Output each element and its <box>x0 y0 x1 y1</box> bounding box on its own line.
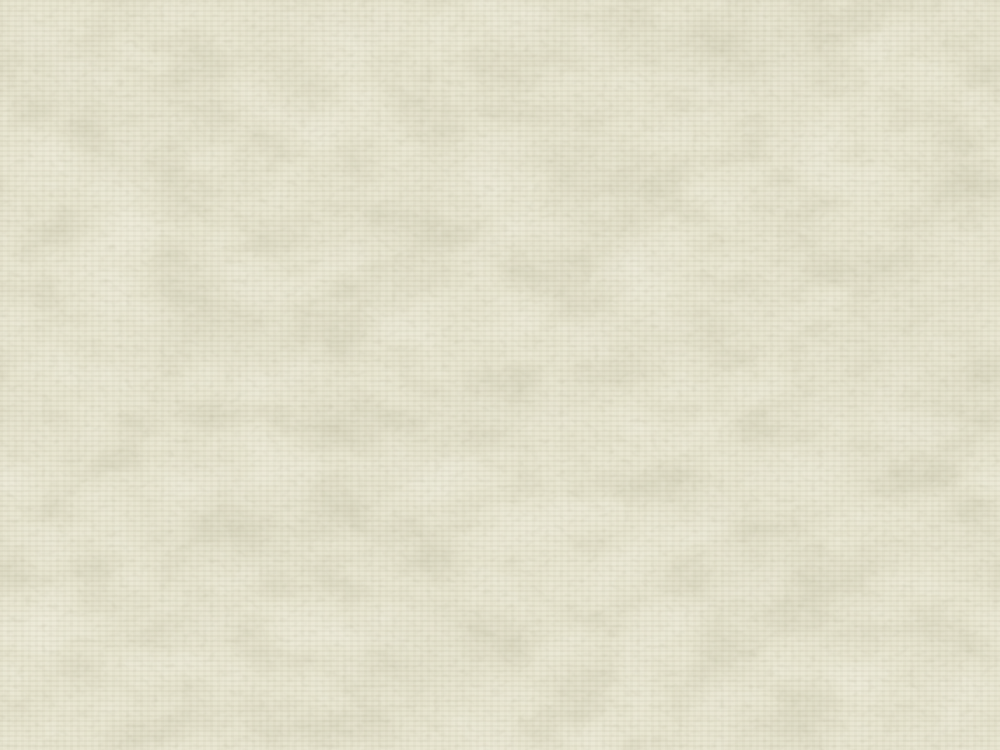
texture-light-flecks <box>0 0 1000 750</box>
texture-noise-layers <box>0 0 1000 750</box>
fabric-texture-image <box>0 0 1000 750</box>
